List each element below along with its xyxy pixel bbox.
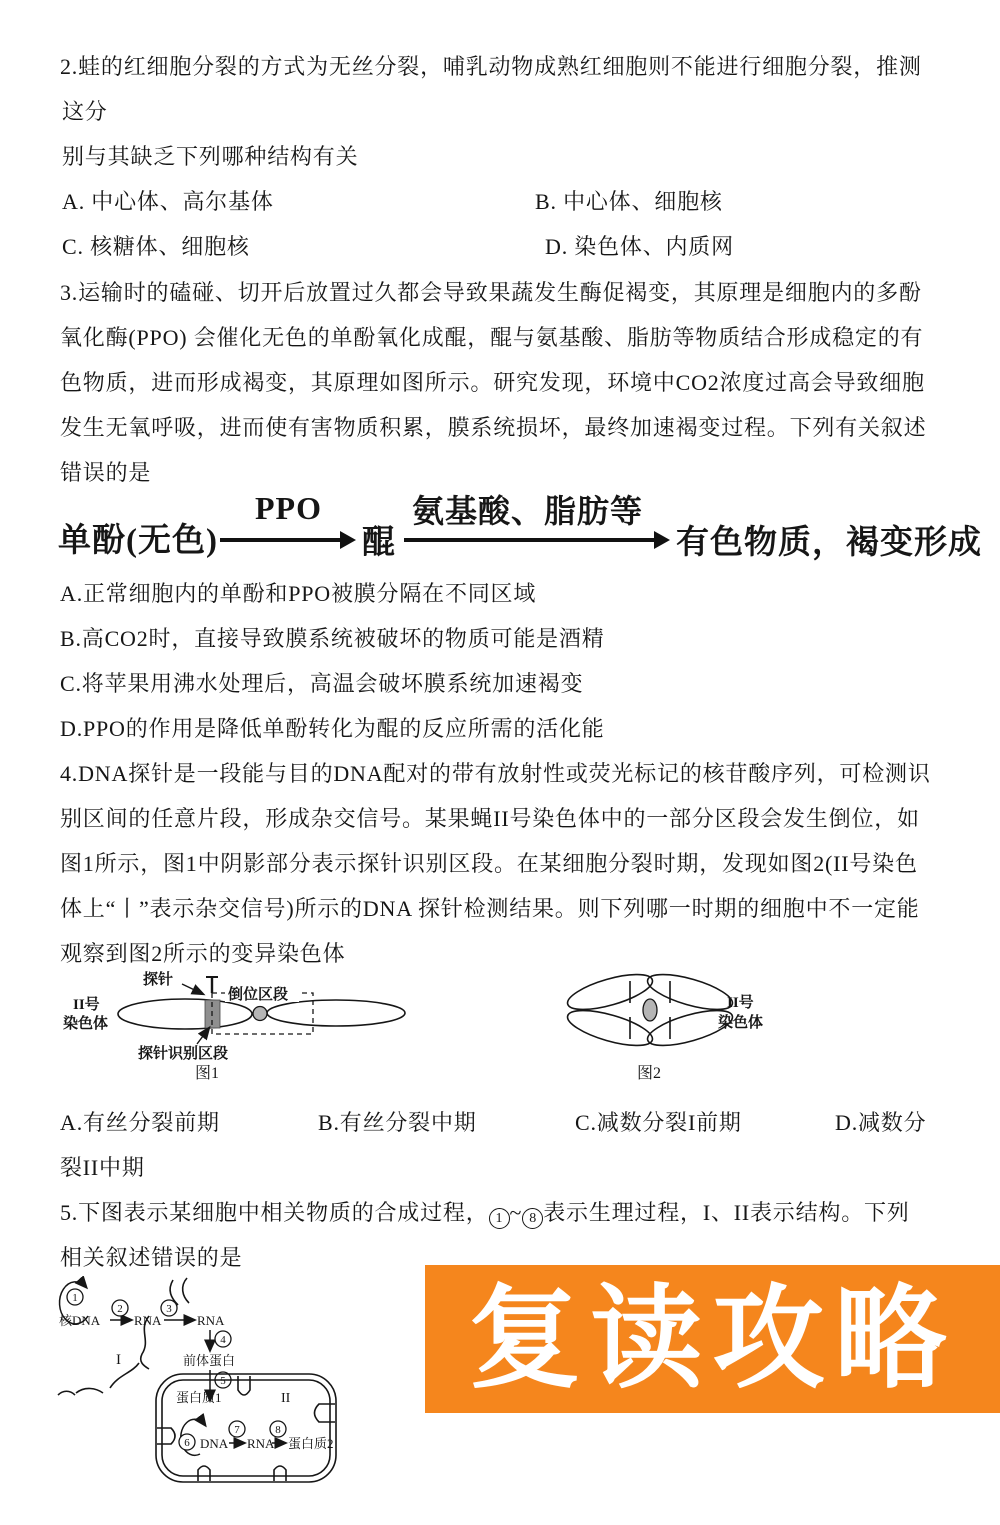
- exam-page: 2.蛙的红细胞分裂的方式为无丝分裂，哺乳动物成熟红细胞则不能进行细胞分裂，推测 …: [0, 0, 1000, 1525]
- structure-I-label: I: [116, 1352, 121, 1368]
- circled-step-1: 1: [67, 1289, 83, 1305]
- nuclear-dna-label: 核DNA: [59, 1313, 101, 1328]
- circled-number-8: 8: [522, 1208, 543, 1229]
- rna1-label: RNA: [134, 1313, 162, 1328]
- svg-text:3: 3: [166, 1303, 172, 1315]
- fig1-chromosome-label-2: 染色体: [63, 1014, 108, 1032]
- q3-reaction-diagram: 单酚(无色) PPO 醌 氨基酸、脂肪等 有色物质，褐变形成: [0, 488, 1000, 568]
- organelle-dna-label: DNA: [200, 1436, 229, 1451]
- watermark-text: 复读攻略: [469, 1283, 957, 1395]
- reaction-product: 有色物质，褐变形成: [676, 516, 982, 563]
- q4-option-d-continued: 裂II中期: [60, 1151, 145, 1182]
- q4-line-1: 4.DNA探针是一段能与目的DNA配对的带有放射性或荧光标记的核苷酸序列，可检测…: [60, 757, 931, 788]
- q4-line-4: 体上“丨”表示杂交信号)所示的DNA 探针检测结果。则下列哪一时期的细胞中不一定…: [60, 892, 920, 923]
- q2-line-2: 这分: [62, 95, 108, 126]
- centromere: [643, 999, 657, 1021]
- circled-step-4: 4: [215, 1331, 231, 1347]
- centromere: [253, 1007, 267, 1021]
- q2-option-c: C. 核糖体、细胞核: [62, 230, 250, 261]
- q2-option-d: D. 染色体、内质网: [545, 230, 734, 261]
- q3-line-3: 色物质，进而形成褐变，其原理如图所示。研究发现，环境中CO2浓度过高会导致细胞: [60, 366, 925, 397]
- q3-option-b: B.高CO2时，直接导致膜系统被破坏的物质可能是酒精: [60, 622, 605, 653]
- circled-step-3: 3: [161, 1300, 177, 1316]
- q2-line-3: 别与其缺乏下列哪种结构有关: [62, 140, 358, 171]
- circled-number-1: 1: [489, 1208, 510, 1229]
- q2-option-a: A. 中心体、高尔基体: [62, 185, 274, 216]
- q3-line-1: 3.运输时的磕碰、切开后放置过久都会导致果蔬发生酶促褐变，其原理是细胞内的多酚: [60, 276, 922, 307]
- q3-option-c: C.将苹果用沸水处理后，高温会破坏膜系统加速褐变: [60, 667, 583, 698]
- q3-line-2: 氧化酶(PPO) 会催化无色的单酚氧化成醌，醌与氨基酸、脂肪等物质结合形成稳定的…: [60, 321, 923, 352]
- q5-cell-process-diagram: I 1 核DNA 2 RNA 3 RNA 4 前体蛋白 5: [48, 1276, 468, 1521]
- q4-line-2: 别区间的任意片段，形成杂交信号。某果蝇II号染色体中的一部分区段会发生倒位，如: [60, 802, 920, 833]
- q4-option-b: B.有丝分裂中期: [318, 1106, 477, 1137]
- svg-text:8: 8: [275, 1424, 281, 1436]
- protein2-label: 蛋白质2: [288, 1436, 334, 1451]
- q3-option-a: A.正常细胞内的单酚和PPO被膜分隔在不同区域: [60, 577, 536, 608]
- circled-step-7: 7: [229, 1421, 245, 1437]
- probe-arrow: [182, 984, 203, 994]
- q4-option-c: C.减数分裂I前期: [575, 1106, 742, 1137]
- q5-line1-pre: 5.下图表示某细胞中相关物质的合成过程，: [60, 1200, 489, 1225]
- q4-line-3: 图1所示，图1中阴影部分表示探针识别区段。在某细胞分裂时期，发现如图2(II号染…: [60, 847, 918, 878]
- protein1-label: 蛋白质1: [176, 1390, 222, 1405]
- reaction-arrow-2: [404, 538, 656, 542]
- svg-text:2: 2: [117, 1303, 123, 1315]
- probe-label: 探针: [143, 970, 173, 988]
- q2-option-b: B. 中心体、细胞核: [535, 185, 723, 216]
- reaction-reactants-label: 氨基酸、脂肪等: [412, 486, 643, 532]
- svg-text:4: 4: [220, 1334, 226, 1346]
- inversion-label: 倒位区段: [227, 985, 288, 1003]
- figure2-chromosome-diagram: II号 染色体 图2: [555, 962, 995, 1092]
- q2-line-1: 2.蛙的红细胞分裂的方式为无丝分裂，哺乳动物成熟红细胞则不能进行细胞分裂，推测: [60, 50, 922, 81]
- reaction-enzyme-label: PPO: [255, 490, 322, 527]
- q4-option-a: A.有丝分裂前期: [60, 1106, 220, 1137]
- fig2-chromosome-label-2: 染色体: [718, 1013, 763, 1031]
- figure2-caption: 图2: [637, 1064, 661, 1082]
- probe-region-label: 探针识别区段: [138, 1044, 228, 1062]
- fig2-chromosome-label-1: II号: [727, 993, 754, 1011]
- circled-step-8: 8: [270, 1421, 286, 1437]
- q5-line-2: 相关叙述错误的是: [60, 1241, 242, 1272]
- svg-text:7: 7: [234, 1424, 240, 1436]
- chromosome-body: [118, 999, 405, 1029]
- fig1-chromosome-label-1: II号: [73, 995, 100, 1013]
- circled-step-6: 6: [179, 1434, 195, 1450]
- rna2-label: RNA: [197, 1313, 225, 1328]
- q5-line-1: 5.下图表示某细胞中相关物质的合成过程，1~8表示生理过程，I、II表示结构。下…: [60, 1196, 910, 1229]
- reaction-arrow-1: [220, 538, 342, 542]
- precursor-protein-label: 前体蛋白: [183, 1353, 235, 1368]
- watermark-banner: 复读攻略: [425, 1265, 1000, 1413]
- q3-option-d: D.PPO的作用是降低单酚转化为醌的反应所需的活化能: [60, 712, 605, 743]
- structure-II-label: II: [281, 1391, 291, 1406]
- q5-line1-post: 表示生理过程，I、II表示结构。下列: [543, 1200, 909, 1225]
- q4-option-d: D.减数分: [835, 1106, 926, 1137]
- q5-tilde: ~: [510, 1200, 523, 1225]
- probe-region-arrow: [197, 1028, 209, 1044]
- figure1-chromosome-diagram: 倒位区段 探针 II号 染色体 探针识别区段 图1: [45, 962, 475, 1092]
- svg-text:1: 1: [72, 1292, 78, 1304]
- q3-line-5: 错误的是: [60, 456, 151, 487]
- organelle-rna-label: RNA: [247, 1436, 275, 1451]
- reaction-intermediate: 醌: [362, 516, 396, 563]
- figure1-caption: 图1: [195, 1064, 219, 1082]
- q3-line-4: 发生无氧呼吸，进而使有害物质积累，膜系统损坏，最终加速褐变过程。下列有关叙述: [60, 411, 926, 442]
- svg-text:5: 5: [220, 1375, 226, 1387]
- circled-step-2: 2: [112, 1300, 128, 1316]
- svg-text:6: 6: [184, 1437, 190, 1449]
- reaction-substrate: 单酚(无色): [58, 514, 218, 561]
